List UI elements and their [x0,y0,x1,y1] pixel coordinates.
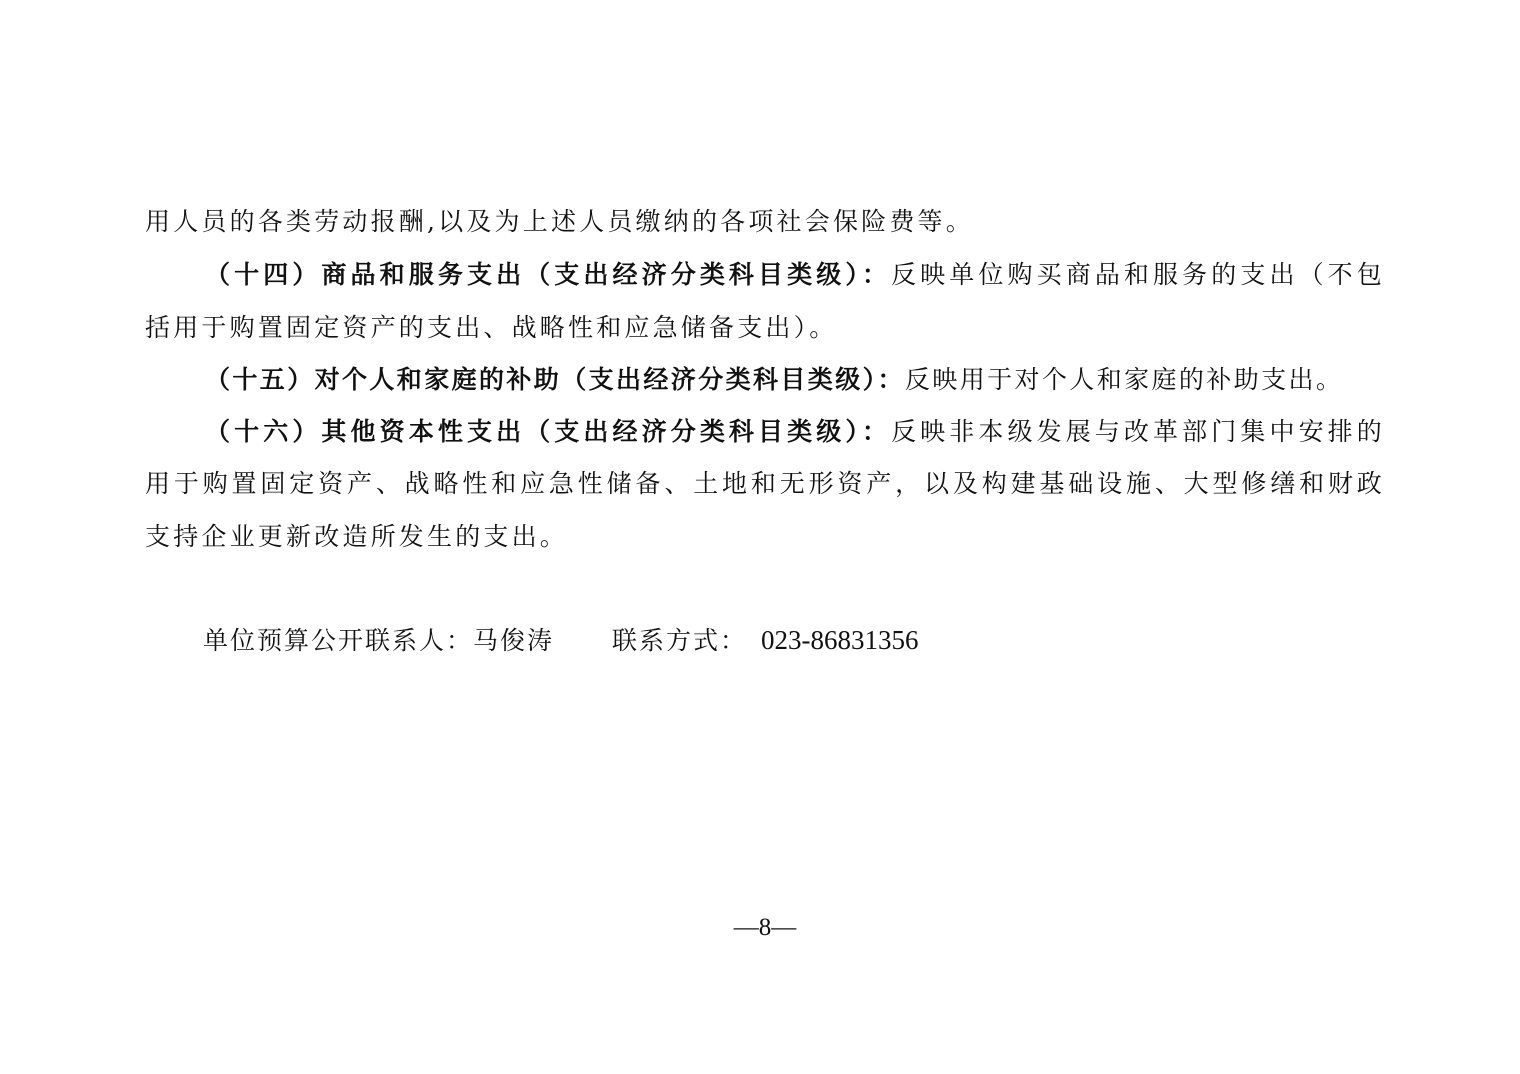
paragraph-text: 用于购置固定资产、战略性和应急性储备、土地和无形资产，以及构建基础设施、大型修缮… [145,469,1385,498]
paragraph-16-line-2: 用于购置固定资产、战略性和应急性储备、土地和无形资产，以及构建基础设施、大型修缮… [145,468,1385,500]
contact-person-name: 马俊涛 [473,626,554,655]
document-page: 用人员的各类劳动报酬,以及为上述人员缴纳的各项社会保险费等。 （十四）商品和服务… [0,0,1520,1074]
paragraph-15-text: 反映用于对个人和家庭的补助支出。 [905,365,1343,394]
contact-line: 单位预算公开联系人：马俊涛联系方式：023-86831356 [203,624,919,657]
contact-phone-label: 联系方式： [612,626,747,655]
paragraph-16-heading: （十六）其他资本性支出（支出经济分类科目类级）： [205,417,891,446]
paragraph-15-line-1: （十五）对个人和家庭的补助（支出经济分类科目类级）：反映用于对个人和家庭的补助支… [205,364,1385,396]
paragraph-14-line-1: （十四）商品和服务支出（支出经济分类科目类级）：反映单位购买商品和服务的支出（不… [205,259,1385,291]
paragraph-14-heading: （十四）商品和服务支出（支出经济分类科目类级）： [205,260,891,289]
paragraph-15-heading: （十五）对个人和家庭的补助（支出经济分类科目类级）： [205,365,905,394]
paragraph-16-line-3: 支持企业更新改造所发生的支出。 [145,521,1385,553]
paragraph-13-tail-line: 用人员的各类劳动报酬,以及为上述人员缴纳的各项社会保险费等。 [145,206,1385,238]
paragraph-text: 用人员的各类劳动报酬,以及为上述人员缴纳的各项社会保险费等。 [145,207,974,236]
paragraph-16-line-1: （十六）其他资本性支出（支出经济分类科目类级）：反映非本级发展与改革部门集中安排… [205,416,1385,448]
contact-person-label: 单位预算公开联系人： [203,626,473,655]
paragraph-text: 括用于购置固定资产的支出、战略性和应急储备支出）。 [145,313,838,342]
page-number: —8— [0,912,1520,944]
paragraph-14-text: 反映单位购买商品和服务的支出（不包 [891,260,1385,289]
contact-phone: 023-86831356 [761,625,919,655]
paragraph-14-line-2: 括用于购置固定资产的支出、战略性和应急储备支出）。 [145,312,1385,344]
paragraph-text: 支持企业更新改造所发生的支出。 [145,522,568,551]
paragraph-16-text: 反映非本级发展与改革部门集中安排的 [891,417,1385,446]
